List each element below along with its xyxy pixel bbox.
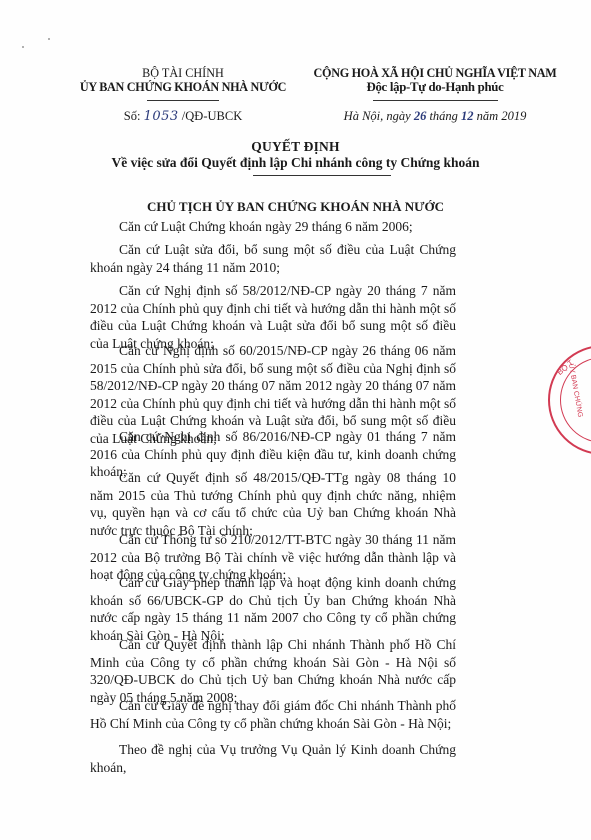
month-label: tháng: [429, 109, 457, 123]
document-type: QUYẾT ĐỊNH: [0, 139, 591, 155]
number-handwritten: 1053: [144, 109, 179, 124]
paragraph: Căn cứ Luật sửa đổi, bổ sung một số điều…: [90, 241, 456, 276]
motto-divider: [373, 100, 498, 101]
country-name: CỘNG HOÀ XÃ HỘI CHỦ NGHĨA VIỆT NAM: [300, 66, 570, 80]
document-subject: Về việc sửa đổi Quyết định lập Chi nhánh…: [0, 155, 591, 171]
national-header-block: CỘNG HOÀ XÃ HỘI CHỦ NGHĨA VIỆT NAM Độc l…: [300, 66, 570, 101]
issue-date: Hà Nội, ngày 26 tháng 12 năm 2019: [300, 109, 570, 124]
official-seal: BỘ T ỦY BAN CHỨNG: [548, 345, 591, 455]
paragraph: Theo đề nghị của Vụ trưởng Vụ Quản lý Ki…: [90, 741, 456, 776]
document-number: Số: 1053 /QĐ-UBCK: [78, 109, 288, 124]
national-motto: Độc lập-Tự do-Hạnh phúc: [300, 80, 570, 94]
scan-speck: [22, 46, 24, 48]
paragraph: Căn cứ Quyết định số 48/2015/QĐ-TTg ngày…: [90, 469, 456, 539]
issuing-authority: CHỦ TỊCH ỦY BAN CHỨNG KHOÁN NHÀ NƯỚC: [0, 199, 591, 215]
month-handwritten: 12: [461, 109, 474, 123]
paragraph: Căn cứ Giấy phép thành lập và hoạt động …: [90, 574, 456, 644]
scan-speck: [48, 38, 50, 40]
paragraph: Căn cứ Luật Chứng khoán ngày 29 tháng 6 …: [90, 218, 456, 236]
agency-divider: [147, 100, 219, 101]
date-prefix: Hà Nội, ngày: [344, 109, 411, 123]
subject-underline: [253, 175, 391, 176]
document-page: BỘ TÀI CHÍNH ỦY BAN CHỨNG KHOÁN NHÀ NƯỚC…: [0, 0, 591, 840]
ministry-name: BỘ TÀI CHÍNH: [78, 66, 288, 80]
day-handwritten: 26: [414, 109, 427, 123]
issuing-agency-block: BỘ TÀI CHÍNH ỦY BAN CHỨNG KHOÁN NHÀ NƯỚC: [78, 66, 288, 101]
agency-name: ỦY BAN CHỨNG KHOÁN NHÀ NƯỚC: [78, 80, 288, 94]
number-suffix: /QĐ-UBCK: [182, 109, 242, 123]
number-prefix: Số:: [124, 109, 141, 123]
paragraph: Căn cứ Quyết định thành lập Chi nhánh Th…: [90, 636, 456, 706]
year-text: năm 2019: [477, 109, 527, 123]
paragraph: Căn cứ Giấy đề nghị thay đổi giám đốc Ch…: [90, 697, 456, 732]
